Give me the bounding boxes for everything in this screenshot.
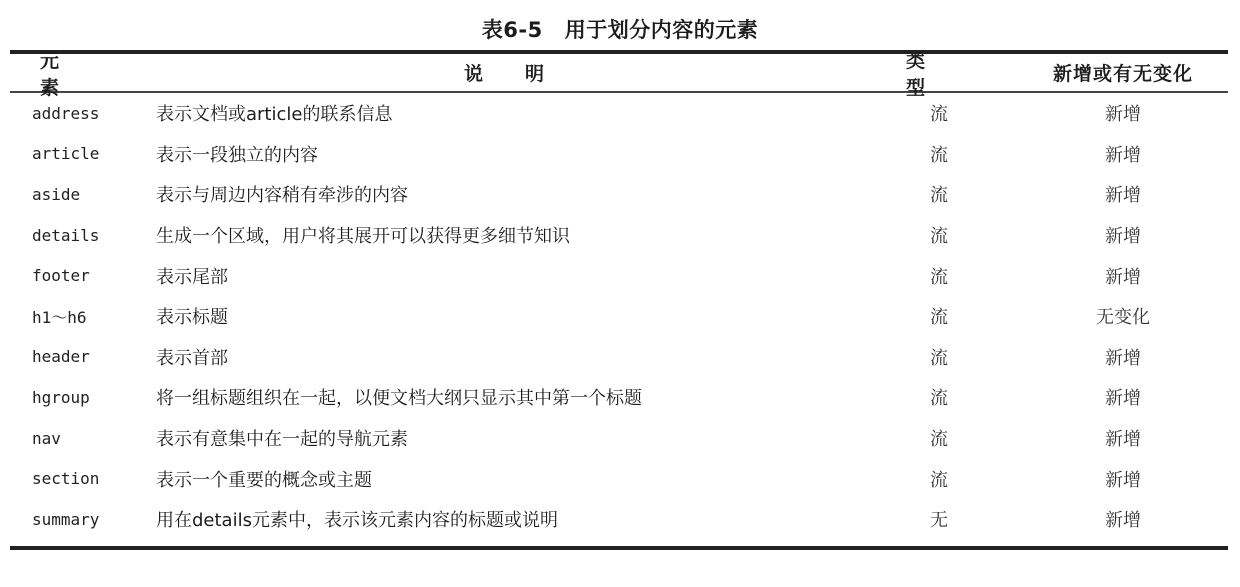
- bottom-rule: [10, 546, 1228, 550]
- table-row: nav表示有意集中在一起的导航元素流新增: [10, 418, 1228, 459]
- status-cell: 新增: [1010, 263, 1228, 289]
- description-cell: 将一组标题组织在一起，以便文档大纲只显示其中第一个标题: [150, 384, 860, 410]
- table-header-row: 元素 说明 类型 新增或有无变化: [10, 54, 1228, 91]
- table-body: address表示文档或article的联系信息流新增article表示一段独立…: [10, 93, 1228, 540]
- status-cell: 新增: [1010, 344, 1228, 370]
- element-cell: h1～h6: [10, 305, 150, 328]
- element-cell: summary: [10, 510, 150, 529]
- type-cell: 流: [860, 100, 1010, 126]
- type-cell: 流: [860, 384, 1010, 410]
- type-cell: 流: [860, 181, 1010, 207]
- description-cell: 用在details元素中，表示该元素内容的标题或说明: [150, 506, 860, 532]
- table-row: address表示文档或article的联系信息流新增: [10, 93, 1228, 134]
- description-cell: 表示尾部: [150, 263, 860, 289]
- header-element: 元素: [10, 46, 150, 100]
- table-row: hgroup将一组标题组织在一起，以便文档大纲只显示其中第一个标题流新增: [10, 377, 1228, 418]
- type-cell: 流: [860, 263, 1010, 289]
- element-cell: hgroup: [10, 388, 150, 407]
- table-row: footer表示尾部流新增: [10, 255, 1228, 296]
- status-cell: 新增: [1010, 425, 1228, 451]
- element-cell: details: [10, 226, 150, 245]
- description-cell: 表示一段独立的内容: [150, 141, 860, 167]
- element-cell: footer: [10, 266, 150, 285]
- description-cell: 表示标题: [150, 303, 860, 329]
- type-cell: 无: [860, 506, 1010, 532]
- elements-table: 元素 说明 类型 新增或有无变化 address表示文档或article的联系信…: [10, 50, 1228, 550]
- description-cell: 生成一个区域，用户将其展开可以获得更多细节知识: [150, 222, 860, 248]
- element-cell: aside: [10, 185, 150, 204]
- table-number: 表6-5: [482, 18, 543, 42]
- description-cell: 表示一个重要的概念或主题: [150, 466, 860, 492]
- table-row: details生成一个区域，用户将其展开可以获得更多细节知识流新增: [10, 215, 1228, 256]
- element-cell: article: [10, 144, 150, 163]
- status-cell: 新增: [1010, 506, 1228, 532]
- status-cell: 新增: [1010, 141, 1228, 167]
- description-cell: 表示与周边内容稍有牵涉的内容: [150, 181, 860, 207]
- description-cell: 表示有意集中在一起的导航元素: [150, 425, 860, 451]
- description-cell: 表示文档或article的联系信息: [150, 100, 860, 126]
- type-cell: 流: [860, 425, 1010, 451]
- header-type: 类型: [860, 46, 1010, 100]
- table-row: summary用在details元素中，表示该元素内容的标题或说明无新增: [10, 499, 1228, 540]
- type-cell: 流: [860, 222, 1010, 248]
- description-cell: 表示首部: [150, 344, 860, 370]
- status-cell: 新增: [1010, 466, 1228, 492]
- table-row: header表示首部流新增: [10, 337, 1228, 378]
- type-cell: 流: [860, 466, 1010, 492]
- header-description: 说明: [150, 59, 860, 86]
- header-status: 新增或有无变化: [1010, 59, 1228, 86]
- type-cell: 流: [860, 303, 1010, 329]
- table-row: aside表示与周边内容稍有牵涉的内容流新增: [10, 174, 1228, 215]
- table-row: section表示一个重要的概念或主题流新增: [10, 458, 1228, 499]
- table-caption: 表6-5用于划分内容的元素: [0, 14, 1240, 44]
- status-cell: 新增: [1010, 222, 1228, 248]
- status-cell: 新增: [1010, 100, 1228, 126]
- element-cell: nav: [10, 429, 150, 448]
- type-cell: 流: [860, 141, 1010, 167]
- element-cell: header: [10, 347, 150, 366]
- type-cell: 流: [860, 344, 1010, 370]
- status-cell: 无变化: [1010, 303, 1228, 329]
- element-cell: section: [10, 469, 150, 488]
- table-row: article表示一段独立的内容流新增: [10, 134, 1228, 175]
- status-cell: 新增: [1010, 384, 1228, 410]
- table-row: h1～h6表示标题流无变化: [10, 296, 1228, 337]
- element-cell: address: [10, 104, 150, 123]
- status-cell: 新增: [1010, 181, 1228, 207]
- table-title: 用于划分内容的元素: [565, 18, 759, 42]
